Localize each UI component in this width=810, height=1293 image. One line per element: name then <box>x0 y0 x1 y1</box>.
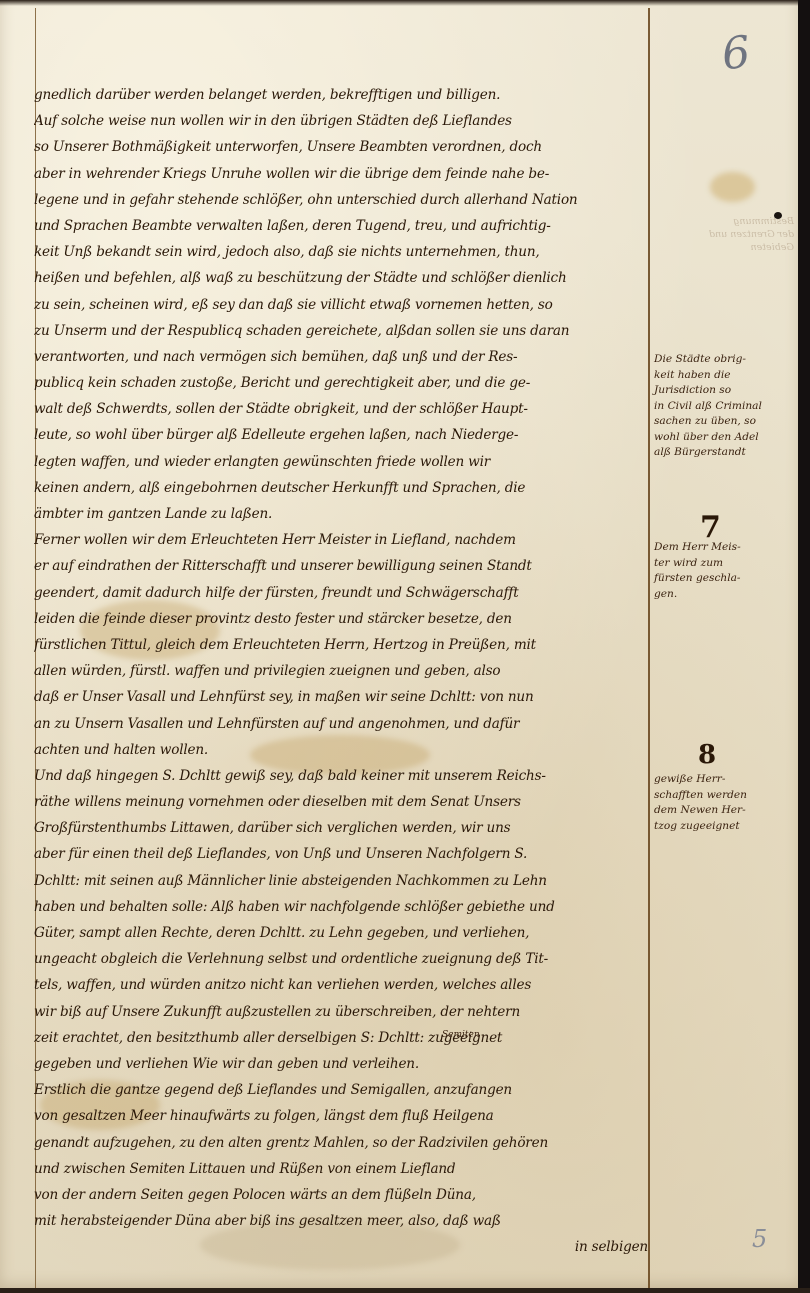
text-line: allen würden, fürstl. waffen und privile… <box>34 658 652 684</box>
margin-note-line: ter wird zum <box>654 556 804 572</box>
scan-top-edge <box>0 0 810 6</box>
bleedthrough-line: Gebieten <box>664 241 794 254</box>
manuscript-page: 6 Bestimmung der Grentzen und Gebieten g… <box>0 0 802 1293</box>
text-line: wir biß auf Unsere Zukunfft außzustellen… <box>34 999 652 1025</box>
ink-blot <box>774 212 782 219</box>
interlinear-insertion: Semiten <box>442 1030 480 1040</box>
text-line: zu sein, scheinen wird, eß sey dan daß s… <box>34 292 652 318</box>
text-line: mit herabsteigender Düna aber biß ins ge… <box>34 1208 652 1234</box>
margin-note-line: dem Newen Her- <box>654 803 804 819</box>
text-line: aber für einen theil deß Lieflandes, von… <box>34 841 652 867</box>
text-line: keit Unß bekandt sein wird, jedoch also,… <box>34 239 652 265</box>
text-line: leute, so wohl über bürger alß Edelleute… <box>34 422 652 448</box>
text-line: Und daß hingegen S. Dchltt gewiß sey, da… <box>34 763 652 789</box>
text-line: zeit erachtet, den besitzthumb aller der… <box>34 1025 652 1051</box>
text-line: haben und behalten solle: Alß haben wir … <box>34 894 652 920</box>
bleedthrough-text: Bestimmung der Grentzen und Gebieten <box>664 215 794 254</box>
text-line: ungeacht obgleich die Verlehnung selbst … <box>34 946 652 972</box>
text-line: von gesaltzen Meer hinaufwärts zu folgen… <box>34 1103 652 1129</box>
margin-note-duke: Dem Herr Meis- ter wird zum fürsten gesc… <box>654 540 804 602</box>
text-line: Ferner wollen wir dem Erleuchteten Herr … <box>34 527 652 553</box>
margin-note-line: alß Bürgerstandt <box>654 445 804 461</box>
paragraph-mark-8: 8 <box>698 740 716 770</box>
main-text-column: gnedlich darüber werden belanget werden,… <box>34 82 652 1260</box>
text-line: gnedlich darüber werden belanget werden,… <box>34 82 652 108</box>
text-line: und zwischen Semiten Littauen und Rüßen … <box>34 1156 652 1182</box>
text-line: publicq kein schaden zustoße, Bericht un… <box>34 370 652 396</box>
margin-note-line: gen. <box>654 587 804 603</box>
margin-note-line: keit haben die <box>654 368 804 384</box>
margin-note-line: tzog zugeeignet <box>654 819 804 835</box>
pencil-page-mark: 5 <box>752 1225 767 1253</box>
margin-note-line: fürsten geschla- <box>654 571 804 587</box>
text-line: walt deß Schwerdts, sollen der Städte ob… <box>34 396 652 422</box>
folio-number: 6 <box>719 27 752 81</box>
margin-note-line: in Civil alß Criminal <box>654 399 804 415</box>
margin-note-line: Dem Herr Meis- <box>654 540 804 556</box>
text-line: ämbter im gantzen Lande zu laßen. <box>34 501 652 527</box>
text-line: daß er Unser Vasall und Lehnfürst sey, i… <box>34 684 652 710</box>
margin-note-jurisdiction: Die Städte obrig- keit haben die Jurisdi… <box>654 352 804 461</box>
text-line: Dchltt: mit seinen auß Männlicher linie … <box>34 868 652 894</box>
text-line: genandt aufzugehen, zu den alten grentz … <box>34 1130 652 1156</box>
scan-bottom-edge <box>0 1288 810 1293</box>
text-line: zu Unserm und der Respublicq schaden ger… <box>34 318 652 344</box>
text-line: und Sprachen Beambte verwalten laßen, de… <box>34 213 652 239</box>
text-line: an zu Unsern Vasallen und Lehnfürsten au… <box>34 711 652 737</box>
paper-stain <box>710 172 755 202</box>
margin-note-line: wohl über den Adel <box>654 430 804 446</box>
text-line: Erstlich die gantze gegend deß Lieflande… <box>34 1077 652 1103</box>
margin-note-line: gewiße Herr- <box>654 772 804 788</box>
margin-note-line: sachen zu üben, so <box>654 414 804 430</box>
text-line: verantworten, und nach vermögen sich bem… <box>34 344 652 370</box>
text-line: legene und in gefahr stehende schlößer, … <box>34 187 652 213</box>
text-line: Güter, sampt allen Rechte, deren Dchltt.… <box>34 920 652 946</box>
margin-note-line: schafften werden <box>654 788 804 804</box>
scan-right-edge <box>798 0 810 1293</box>
text-line: er auf eindrathen der Ritterschafft und … <box>34 553 652 579</box>
text-line: aber in wehrender Kriegs Unruhe wollen w… <box>34 161 652 187</box>
text-line: Auf solche weise nun wollen wir in den ü… <box>34 108 652 134</box>
margin-note-line: Die Städte obrig- <box>654 352 804 368</box>
text-line: leiden die feinde dieser provintz desto … <box>34 606 652 632</box>
text-line: legten waffen, und wieder erlangten gewü… <box>34 449 652 475</box>
margin-note-lordships: gewiße Herr- schafften werden dem Newen … <box>654 772 804 834</box>
text-line: achten und halten wollen. <box>34 737 652 763</box>
text-line: von der andern Seiten gegen Polocen wärt… <box>34 1182 652 1208</box>
text-line: heißen und befehlen, alß waß zu beschütz… <box>34 265 652 291</box>
text-line: Großfürstenthumbs Littawen, darüber sich… <box>34 815 652 841</box>
text-line: fürstlichen Tittul, gleich dem Erleuchte… <box>34 632 652 658</box>
text-line: gegeben und verliehen Wie wir dan geben … <box>34 1051 652 1077</box>
text-line: tels, waffen, und würden anitzo nicht ka… <box>34 972 652 998</box>
catchword-line: in selbigen <box>34 1234 652 1260</box>
text-line: räthe willens meinung vornehmen oder die… <box>34 789 652 815</box>
bleedthrough-line: der Grentzen und <box>664 228 794 241</box>
margin-note-line: Jurisdiction so <box>654 383 804 399</box>
text-line: geendert, damit dadurch hilfe der fürste… <box>34 580 652 606</box>
text-line: so Unserer Bothmäßigkeit unterworfen, Un… <box>34 134 652 160</box>
text-line: keinen andern, alß eingebohrnen deutsche… <box>34 475 652 501</box>
